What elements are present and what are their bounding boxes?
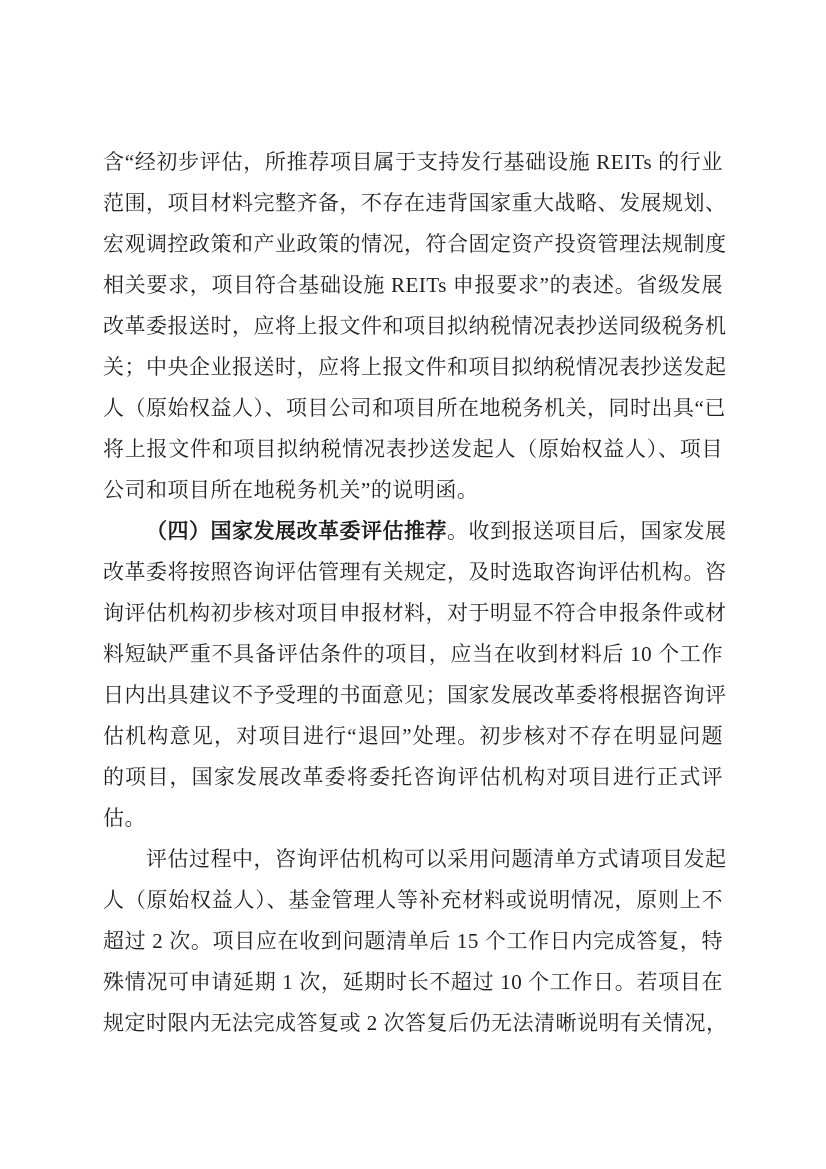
section-heading-bold: （四）国家发展改革委评估推荐 bbox=[146, 519, 447, 543]
text-line: 改革委将按照咨询评估管理有关规定，及时选取咨询评估机构。咨 bbox=[103, 552, 723, 593]
text-line: 改革委报送时，应将上报文件和项目拟纳税情况表抄送同级税务机 bbox=[103, 306, 723, 347]
text-line: 的项目，国家发展改革委将委托咨询评估机构对项目进行正式评 bbox=[103, 757, 723, 798]
text-line: 将上报文件和项目拟纳税情况表抄送发起人（原始权益人）、项目 bbox=[103, 429, 723, 470]
document-page: 含“经初步评估，所推荐项目属于支持发行基础设施 REITs 的行业 范围，项目材… bbox=[0, 0, 826, 1169]
text-line-paragraph-end: 公司和项目所在地税务机关”的说明函。 bbox=[103, 470, 723, 511]
text-line-paragraph-start: 评估过程中，咨询评估机构可以采用问题清单方式请项目发起 bbox=[103, 839, 723, 880]
text-line: 估机构意见，对项目进行“退回”处理。初步核对不存在明显问题 bbox=[103, 716, 723, 757]
text-line: 相关要求，项目符合基础设施 REITs 申报要求”的表述。省级发展 bbox=[103, 265, 723, 306]
text-line: 关；中央企业报送时，应将上报文件和项目拟纳税情况表抄送发起 bbox=[103, 347, 723, 388]
text-line: 含“经初步评估，所推荐项目属于支持发行基础设施 REITs 的行业 bbox=[103, 142, 723, 183]
text-line: 人（原始权益人）、基金管理人等补充材料或说明情况，原则上不 bbox=[103, 880, 723, 921]
text-line: 超过 2 次。项目应在收到问题清单后 15 个工作日内完成答复，特 bbox=[103, 921, 723, 962]
text-line-paragraph-end: 估。 bbox=[103, 798, 723, 839]
text-line: 日内出具建议不予受理的书面意见；国家发展改革委将根据咨询评 bbox=[103, 675, 723, 716]
document-text-block: 含“经初步评估，所推荐项目属于支持发行基础设施 REITs 的行业 范围，项目材… bbox=[103, 142, 723, 1044]
text-line: 料短缺严重不具备评估条件的项目，应当在收到材料后 10 个工作 bbox=[103, 634, 723, 675]
text-line: 人（原始权益人）、项目公司和项目所在地税务机关，同时出具“已 bbox=[103, 388, 723, 429]
text-line: 殊情况可申请延期 1 次，延期时长不超过 10 个工作日。若项目在 bbox=[103, 962, 723, 1003]
text-line: 范围，项目材料完整齐备，不存在违背国家重大战略、发展规划、 bbox=[103, 183, 723, 224]
text-line-section-heading: （四）国家发展改革委评估推荐。收到报送项目后，国家发展 bbox=[103, 511, 723, 552]
text-line: 询评估机构初步核对项目申报材料，对于明显不符合申报条件或材 bbox=[103, 593, 723, 634]
text-line: 规定时限内无法完成答复或 2 次答复后仍无法清晰说明有关情况， bbox=[103, 1003, 723, 1044]
text-line: 宏观调控政策和产业政策的情况，符合固定资产投资管理法规制度 bbox=[103, 224, 723, 265]
section-heading-rest: 。收到报送项目后，国家发展 bbox=[447, 519, 727, 543]
